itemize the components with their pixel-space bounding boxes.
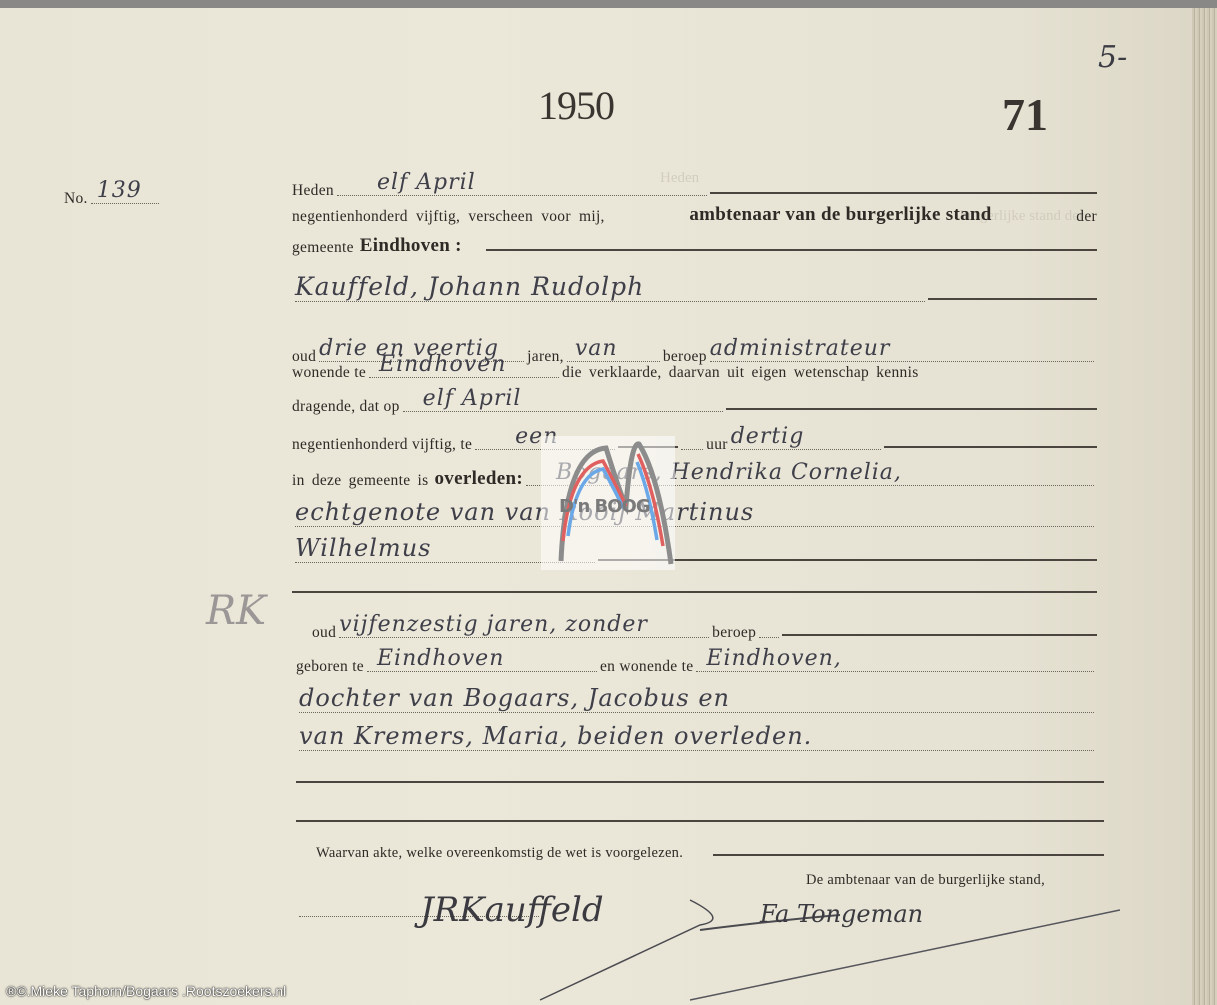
geboren-label: geboren te [296, 658, 364, 676]
margin-note-religion: RK [206, 588, 266, 634]
line-declarant: Kauffeld, Johann Rudolph [292, 272, 1097, 306]
uur-label: uur [706, 436, 728, 454]
oud-label: oud [312, 624, 336, 642]
line-parents: dochter van Bogaars, Jacobus en [296, 684, 1097, 717]
der-text: der [1076, 208, 1097, 226]
register-year: 1950 [538, 82, 614, 129]
line-wonende: wonende te Eindhoven die verklaarde, daa… [292, 352, 1097, 382]
birthplace: Eindhoven [367, 646, 597, 672]
rule [928, 298, 1097, 300]
declarant-residence: Eindhoven [369, 352, 559, 378]
deceased-age: vijfenzestig jaren, zonder [339, 612, 709, 638]
dots [681, 449, 703, 450]
corner-annotation: 5- [1098, 40, 1127, 75]
signature-official: Fa Tongeman [760, 900, 923, 928]
line-heden: Heden elf April [292, 170, 1097, 200]
verklaarde-text: die verklaarde, daarvan uit eigen wetens… [562, 364, 919, 382]
rule [884, 446, 1097, 448]
rule [782, 634, 1097, 636]
line-spouse-2: Wilhelmus [292, 534, 1097, 567]
gemeente-label: gemeente [292, 239, 354, 257]
copyright-notice: ®©.Mieke Taphorn/Bogaars .Rootszoekers.n… [6, 983, 286, 999]
rule [726, 408, 1097, 410]
parents-father: dochter van Bogaars, Jacobus en [299, 684, 1094, 713]
line-time: negentienhonderd vijftig, te een uur der… [292, 424, 1097, 454]
death-minutes: dertig [731, 424, 881, 450]
no-value: 139 [91, 178, 159, 204]
declarant-name: Kauffeld, Johann Rudolph [295, 272, 925, 302]
dots [759, 637, 779, 638]
page-number: 71 [1002, 88, 1048, 141]
heden-date: elf April [337, 170, 707, 196]
heden-label: Heden [292, 182, 334, 200]
watermark-logo: D'n BOOG [541, 436, 675, 570]
line-dragende: dragende, dat op elf April [292, 386, 1097, 416]
waarvan-text: Waarvan akte, welke overeenkomstig de we… [316, 845, 683, 862]
wonende-label: en wonende te [600, 658, 693, 676]
verscheen-text: negentienhonderd vijftig, verscheen voor… [292, 208, 605, 226]
line-oud-2: oud vijfenzestig jaren, zonder beroep [312, 612, 1097, 642]
overleden-label: overleden: [435, 468, 523, 490]
line-spouse: echtgenote van van Rooij Martinus [292, 498, 1097, 531]
record-number: No. 139 [64, 178, 162, 208]
line-geboren: geboren te Eindhoven en wonende te Eindh… [296, 646, 1097, 676]
line-gemeente: gemeente Eindhoven : [292, 235, 1097, 257]
no-label: No. [64, 190, 88, 208]
dragende-label: dragende, dat op [292, 398, 400, 416]
signature-flourishes [420, 880, 1120, 1005]
blank-rule [296, 781, 1104, 783]
te-label: negentienhonderd vijftig, te [292, 436, 472, 454]
line-waarvan: Waarvan akte, welke overeenkomstig de we… [316, 845, 1104, 862]
line-overleden: in deze gemeente is overleden: Bogaars, … [292, 460, 1097, 490]
line-parents-2: van Kremers, Maria, beiden overleden. [296, 722, 1097, 755]
overleden-prefix: in deze gemeente is [292, 472, 429, 490]
blank-rule [296, 820, 1104, 822]
rule [713, 854, 1104, 856]
wonende-label: wonende te [292, 364, 366, 382]
death-date: elf April [403, 386, 723, 412]
gemeente-name: Eindhoven : [360, 235, 462, 257]
page-stack-edge [1192, 8, 1217, 1005]
parents-mother: van Kremers, Maria, beiden overleden. [299, 722, 1094, 751]
ambtenaar-text: ambtenaar van de burgerlijke stand [689, 204, 991, 226]
rule [486, 249, 1097, 251]
spouse-name: echtgenote van van Rooij Martinus [295, 498, 1094, 527]
rule [710, 192, 1097, 194]
line-verscheen: negentienhonderd vijftig, verscheen voor… [292, 204, 1097, 226]
beroep-label: beroep [712, 624, 756, 642]
deceased-residence: Eindhoven, [696, 646, 1094, 672]
watermark-text: D'n BOOG [559, 496, 650, 517]
blank-rule [292, 591, 1097, 593]
